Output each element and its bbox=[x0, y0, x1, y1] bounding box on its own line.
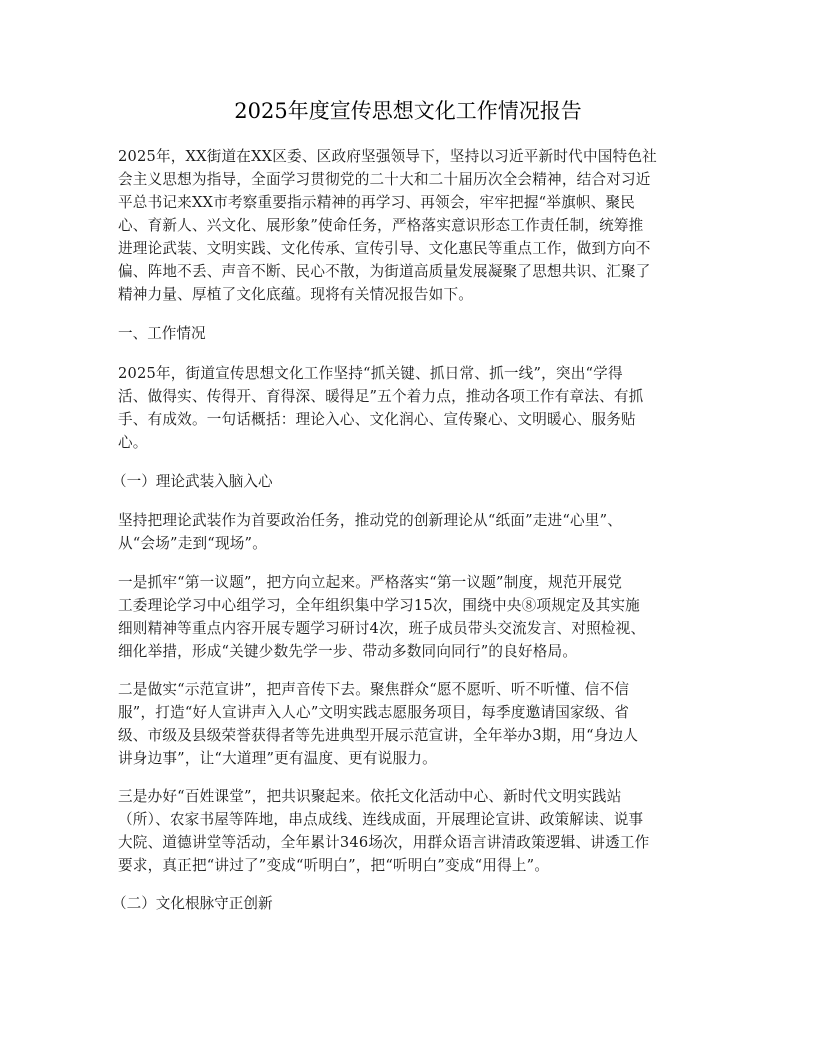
subsection-heading: （一）理论武装入脑入心 bbox=[112, 472, 273, 492]
text-line: 进理论武装、文明实践、文化传承、宣传引导、文化惠民等重点工作，做到方向不 bbox=[118, 239, 718, 259]
text-line: 心。 bbox=[118, 433, 718, 453]
text-line: 要求，真正把“讲过了”变成“听明白”，把“听明白”变成“用得上”。 bbox=[118, 856, 718, 876]
document-page: 2025年度宣传思想文化工作情况报告 2025年，XX街道在XX区委、区政府坚强… bbox=[0, 0, 816, 1056]
text-line: 三是办好“百姓课堂”，把共识聚起来。依托文化活动中心、新时代文明实践站 bbox=[118, 787, 718, 807]
text-line: （所）、农家书屋等阵地，串点成线、连线成面，开展理论宣讲、政策解读、说事 bbox=[118, 810, 718, 830]
text-line: 心、育新人、兴文化、展形象”使命任务，严格落实意识形态工作责任制，统筹推 bbox=[118, 216, 718, 236]
text-line: 会主义思想为指导，全面学习贯彻党的二十大和二十届历次全会精神，结合对习近 bbox=[118, 170, 718, 190]
section-heading: 一、工作情况 bbox=[118, 324, 206, 344]
subsection-heading: （二）文化根脉守正创新 bbox=[112, 894, 273, 914]
text-line: 坚持把理论武装作为首要政治任务，推动党的创新理论从“纸面”走进“心里”、 bbox=[118, 511, 718, 531]
text-line: 从“会场”走到“现场”。 bbox=[118, 534, 718, 554]
text-line: 一是抓牢“第一议题”，把方向立起来。严格落实“第一议题”制度，规范开展党 bbox=[118, 573, 718, 593]
text-line: 手、有成效。一句话概括：理论入心、文化润心、宣传聚心、文明暖心、服务贴 bbox=[118, 410, 718, 430]
text-line: 平总书记来XX市考察重要指示精神的再学习、再领会，牢牢把握“举旗帜、聚民 bbox=[118, 193, 718, 213]
text-line: 工委理论学习中心组学习，全年组织集中学习15次，围绕中央⑧项规定及其实施 bbox=[118, 596, 718, 616]
text-line: 细化举措，形成“关键少数先学一步、带动多数同向同行”的良好格局。 bbox=[118, 642, 718, 662]
text-line: 级、市级及县级荣誉获得者等先进典型开展示范宣讲，全年举办3期，用“身边人 bbox=[118, 726, 718, 746]
text-line: 服”，打造“好人宣讲声入人心”文明实践志愿服务项目，每季度邀请国家级、省 bbox=[118, 703, 718, 723]
text-line: 偏、阵地不丢、声音不断、民心不散，为街道高质量发展凝聚了思想共识、汇聚了 bbox=[118, 262, 718, 282]
text-line: 讲身边事”，让“大道理”更有温度、更有说服力。 bbox=[118, 749, 718, 769]
text-line: 2025年，XX街道在XX区委、区政府坚强领导下，坚持以习近平新时代中国特色社 bbox=[118, 147, 718, 167]
text-line: 活、做得实、传得开、育得深、暖得足”五个着力点，推动各项工作有章法、有抓 bbox=[118, 387, 718, 407]
text-line: 2025年，街道宣传思想文化工作坚持“抓关键、抓日常、抓一线”，突出“学得 bbox=[118, 364, 718, 384]
document-title: 2025年度宣传思想文化工作情况报告 bbox=[0, 97, 816, 125]
text-line: 细则精神等重点内容开展专题学习研讨4次，班子成员带头交流发言、对照检视、 bbox=[118, 619, 718, 639]
text-line: 大院、道德讲堂等活动，全年累计346场次，用群众语言讲清政策逻辑、讲透工作 bbox=[118, 833, 718, 853]
text-line: 二是做实“示范宣讲”，把声音传下去。聚焦群众“愿不愿听、听不听懂、信不信 bbox=[118, 680, 718, 700]
text-line: 精神力量、厚植了文化底蕴。现将有关情况报告如下。 bbox=[118, 285, 718, 305]
